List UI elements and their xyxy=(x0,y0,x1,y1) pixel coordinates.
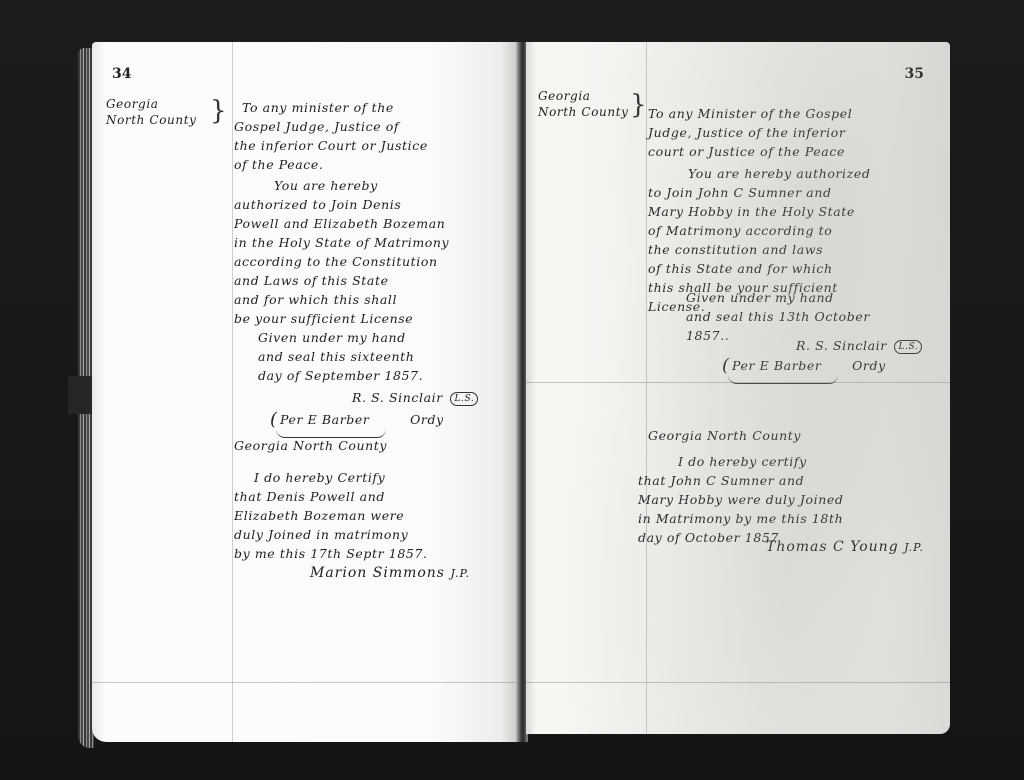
certificate-line: by me this 17th Septr 1857. xyxy=(234,544,514,563)
officiant-name: Thomas C Young xyxy=(766,539,899,555)
body-line: of this State and for which xyxy=(648,259,940,278)
certificate-line: I do hereby certify xyxy=(638,452,938,471)
certificate-venue: Georgia North County xyxy=(648,426,938,445)
horizontal-rule xyxy=(526,682,950,683)
certificate-line: Mary Hobby were duly Joined xyxy=(638,490,938,509)
address-line: To any Minister of the Gospel xyxy=(648,104,938,123)
margin-rule xyxy=(646,42,647,734)
clerk-signature: Per E Barber Ordy xyxy=(272,410,502,438)
officiant-name: Marion Simmons xyxy=(310,565,445,581)
certificate-venue-line: Georgia North County xyxy=(234,436,514,455)
license-venue: Georgia North County xyxy=(538,88,629,120)
license-address: To any Minister of the Gospel Judge, Jus… xyxy=(648,104,938,161)
address-line: Gospel Judge, Justice of xyxy=(234,117,504,136)
body-line: to Join John C Sumner and xyxy=(648,183,940,202)
clerk-title: Ordy xyxy=(410,412,444,427)
brace-icon: } xyxy=(210,98,227,124)
body-line: Mary Hobby in the Holy State xyxy=(648,202,940,221)
certificate-line: that Denis Powell and xyxy=(234,487,514,506)
license-given: Given under my hand and seal this sixtee… xyxy=(258,328,508,385)
left-page: 34 Georgia North County } To any ministe… xyxy=(92,42,518,742)
officiant-title: J.P. xyxy=(450,567,470,580)
page-number-left: 34 xyxy=(112,66,131,82)
brace-icon: } xyxy=(630,92,647,118)
official-name: R. S. Sinclair xyxy=(352,390,443,405)
body-line: the constitution and laws xyxy=(648,240,940,259)
open-ledger-book: 34 Georgia North County } To any ministe… xyxy=(78,42,950,746)
license-address: To any minister of the Gospel Judge, Jus… xyxy=(234,98,504,174)
license-body: You are hereby authorized to Join Denis … xyxy=(234,176,514,328)
address-line: To any minister of the xyxy=(234,98,504,117)
venue-state: Georgia xyxy=(106,96,197,112)
body-line: be your sufficient License xyxy=(234,309,514,328)
clerk-name: Per E Barber xyxy=(724,358,821,373)
given-line: and seal this 13th October xyxy=(686,307,936,326)
body-line: authorized to Join Denis xyxy=(234,195,514,214)
address-line: of the Peace. xyxy=(234,155,504,174)
body-line: Powell and Elizabeth Bozeman xyxy=(234,214,514,233)
venue-state: Georgia xyxy=(538,88,629,104)
officiant-title: J.P. xyxy=(904,541,924,554)
given-line: day of September 1857. xyxy=(258,366,508,385)
certificate-venue-line: Georgia North County xyxy=(648,426,938,445)
clerk-title: Ordy xyxy=(852,358,886,373)
given-line: and seal this sixteenth xyxy=(258,347,508,366)
scan-viewport: 34 Georgia North County } To any ministe… xyxy=(0,0,1024,780)
body-line: of Matrimony according to xyxy=(648,221,940,240)
flourish-underline xyxy=(728,375,838,384)
certificate-line: that John C Sumner and xyxy=(638,471,938,490)
clerk-name: Per E Barber xyxy=(272,412,369,427)
certificate-body: I do hereby certify that John C Sumner a… xyxy=(638,452,938,547)
official-signature: R. S. Sinclair L.S. xyxy=(352,388,512,407)
right-page: 35 Georgia North County } To any Ministe… xyxy=(526,42,950,734)
body-line: and Laws of this State xyxy=(234,271,514,290)
venue-county: North County xyxy=(106,112,197,128)
body-line: according to the Constitution xyxy=(234,252,514,271)
margin-rule xyxy=(232,42,233,742)
venue-county: North County xyxy=(538,104,629,120)
certificate-signature: Thomas C Young J.P. xyxy=(766,538,946,557)
official-signature: R. S. Sinclair L.S. xyxy=(796,336,946,355)
page-number-right: 35 xyxy=(905,66,924,82)
official-name: R. S. Sinclair xyxy=(796,338,887,353)
address-line: Judge, Justice of the inferior xyxy=(648,123,938,142)
clerk-signature: Per E Barber Ordy xyxy=(724,356,944,384)
given-line: Given under my hand xyxy=(686,288,936,307)
certificate-line: in Matrimony by me this 18th xyxy=(638,509,938,528)
certificate-body: I do hereby Certify that Denis Powell an… xyxy=(234,468,514,563)
certificate-line: duly Joined in matrimony xyxy=(234,525,514,544)
license-venue: Georgia North County xyxy=(106,96,197,128)
body-line: You are hereby authorized xyxy=(648,164,940,183)
address-line: the inferior Court or Justice xyxy=(234,136,504,155)
address-line: court or Justice of the Peace xyxy=(648,142,938,161)
given-line: Given under my hand xyxy=(258,328,508,347)
certificate-line: I do hereby Certify xyxy=(234,468,514,487)
body-line: and for which this shall xyxy=(234,290,514,309)
certificate-line: Elizabeth Bozeman were xyxy=(234,506,514,525)
certificate-venue: Georgia North County xyxy=(234,436,514,455)
body-line: You are hereby xyxy=(234,176,514,195)
certificate-signature: Marion Simmons J.P. xyxy=(310,564,510,583)
horizontal-rule xyxy=(92,682,518,683)
seal-icon: L.S. xyxy=(450,392,478,406)
body-line: in the Holy State of Matrimony xyxy=(234,233,514,252)
seal-icon: L.S. xyxy=(894,340,922,354)
